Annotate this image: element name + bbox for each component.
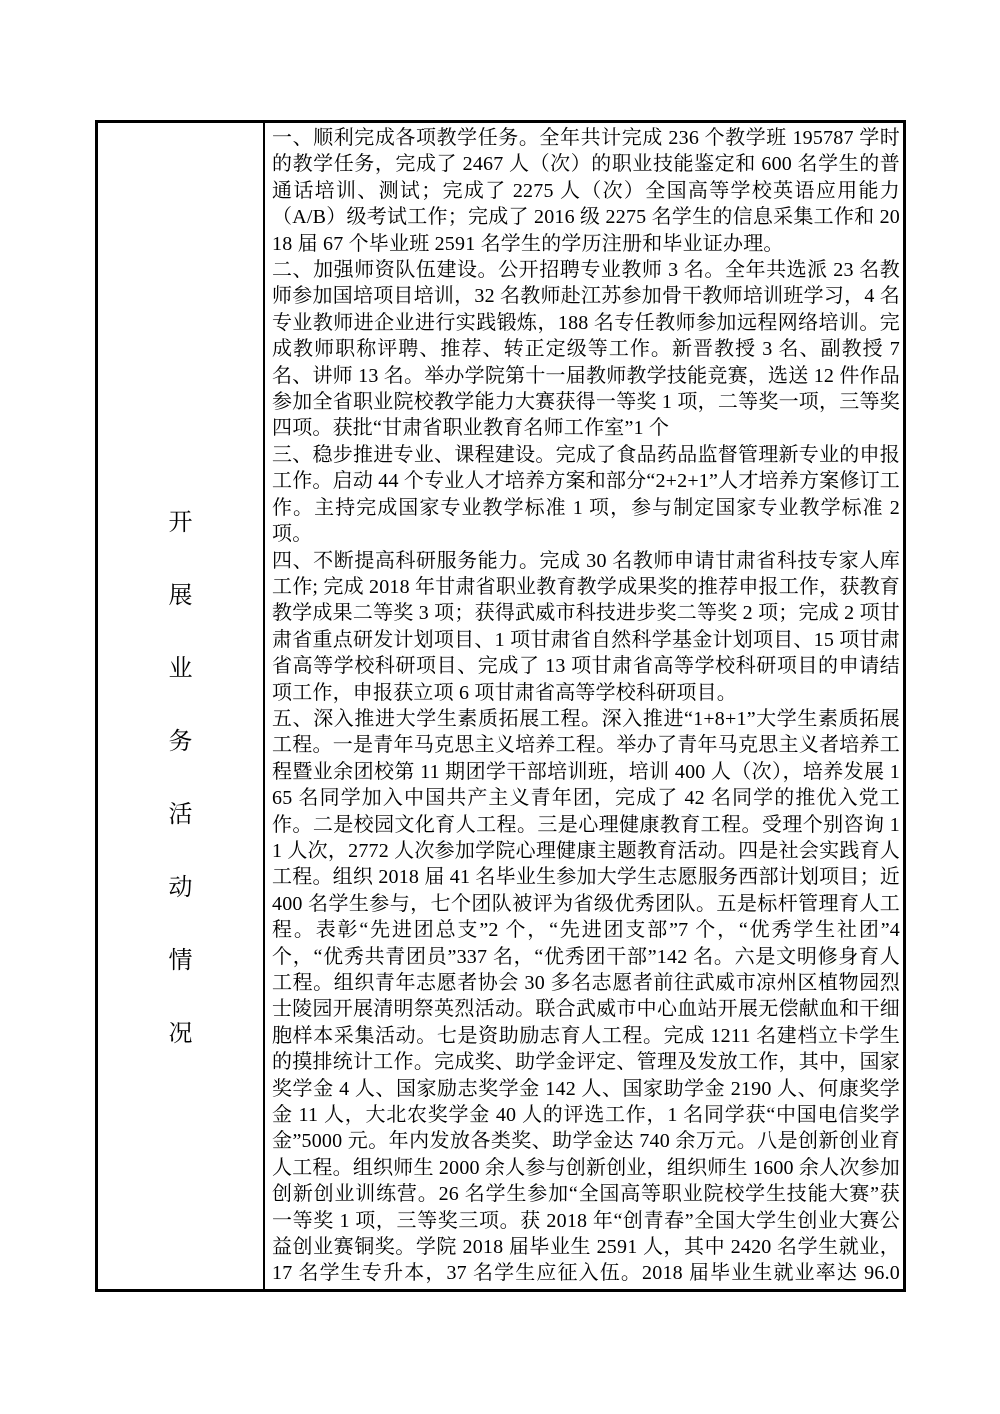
paragraph-student-quality-program: 五、深入推进大学生素质拓展工程。深入推进“1+8+1”大学生素质拓展工程。一是青… <box>272 706 900 1289</box>
header-char: 展 <box>169 560 193 633</box>
document-page: 开 展 业 务 活 动 情 况 一、顺利完成各项教学任务。全年共计完成 236 … <box>0 0 1000 1414</box>
header-char: 务 <box>169 706 193 779</box>
paragraph-teaching-tasks: 一、顺利完成各项教学任务。全年共计完成 236 个教学班 195787 学时的教… <box>272 125 900 257</box>
header-char: 活 <box>169 779 193 852</box>
paragraph-research-services: 四、不断提高科研服务能力。完成 30 名教师申请甘肃省科技专家人库工作; 完成 … <box>272 548 900 706</box>
header-char: 情 <box>169 925 193 998</box>
paragraph-faculty-building: 二、加强师资队伍建设。公开招聘专业教师 3 名。全年共选派 23 名教师参加国培… <box>272 257 900 442</box>
header-char: 业 <box>169 633 193 706</box>
row-header-cell-activity-status: 开 展 业 务 活 动 情 况 <box>98 123 265 1289</box>
header-char: 况 <box>169 998 193 1071</box>
paragraph-curriculum-development: 三、稳步推进专业、课程建设。完成了食品药品监督管理新专业的申报工作。启动 44 … <box>272 442 900 548</box>
activity-content-cell: 一、顺利完成各项教学任务。全年共计完成 236 个教学班 195787 学时的教… <box>265 123 903 1289</box>
header-char: 开 <box>169 487 193 560</box>
business-activity-table: 开 展 业 务 活 动 情 况 一、顺利完成各项教学任务。全年共计完成 236 … <box>95 120 906 1292</box>
header-char: 动 <box>169 852 193 925</box>
